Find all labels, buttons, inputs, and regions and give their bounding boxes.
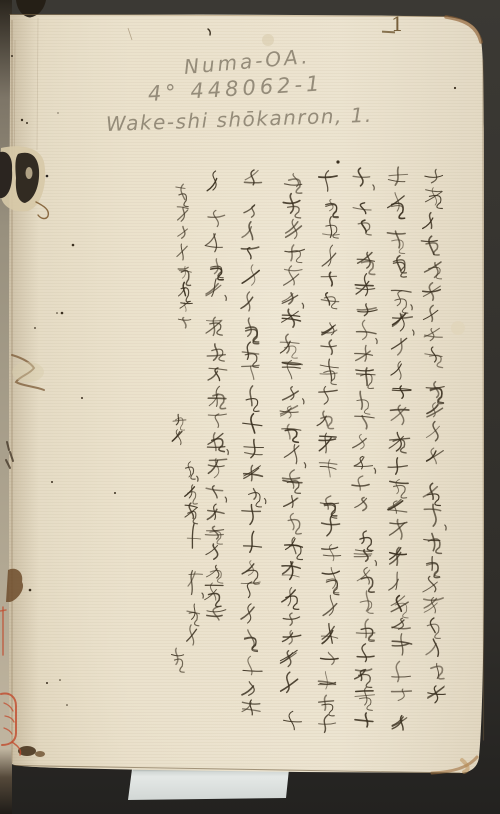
page-marker-tab xyxy=(128,769,289,800)
scanned-manuscript-page: Numa-OA. 4° 448062-1 Wake-shi shōkanron,… xyxy=(0,0,500,814)
